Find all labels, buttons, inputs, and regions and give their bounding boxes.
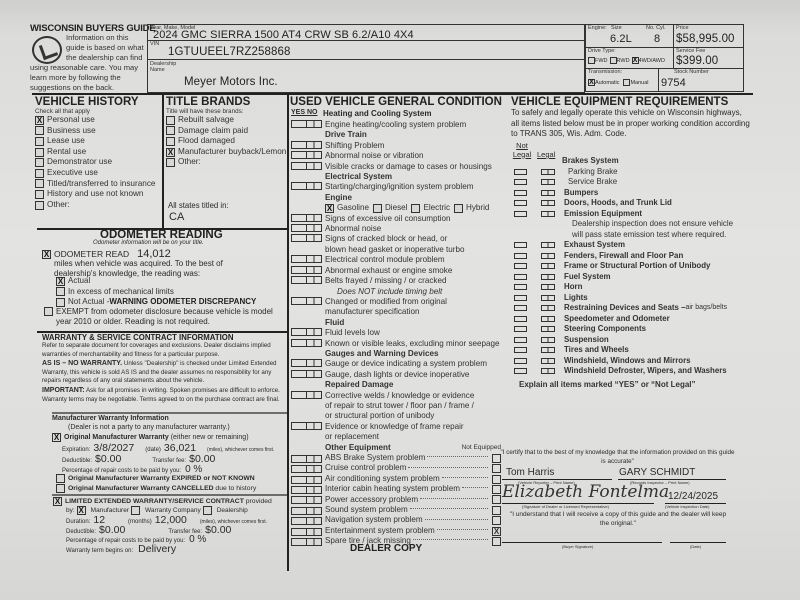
not-legal-box[interactable]: [514, 347, 527, 353]
dealer-label: Dealership Name: [150, 61, 175, 73]
fwd-label: FWD: [595, 58, 608, 64]
emission-note: will pass state emission test where requ…: [512, 230, 757, 241]
item-label: ABS Brake System problem: [325, 453, 425, 463]
condition-item[interactable]: Abnormal exhaust or engine smoke: [291, 266, 501, 276]
fuel-diesel[interactable]: Diesel: [373, 203, 408, 213]
equipment-item[interactable]: Doors, Hoods, and Trunk Lid: [512, 198, 757, 209]
warranty-company-label: Warranty Company: [145, 507, 201, 514]
equipment-item[interactable]: Parking Brake: [512, 167, 757, 178]
history-item-not-known[interactable]: History and use not known: [35, 189, 155, 200]
sales-name: Tom Harris: [506, 467, 554, 478]
condition-item[interactable]: Corrective welds / knowledge or evidence: [291, 391, 501, 401]
ext-transfer-value: $0.00: [205, 524, 231, 536]
dealer-field: Dealership Name Meyer Motors Inc.: [147, 59, 585, 93]
item-label: Other:: [178, 157, 201, 168]
yes-no-boxes[interactable]: [291, 224, 323, 231]
legal-box[interactable]: [541, 274, 555, 280]
condition-item[interactable]: Evidence or knowledge of frame repair: [291, 422, 501, 432]
legal-box[interactable]: [541, 242, 555, 248]
other-equipment-item[interactable]: Sound system problem: [291, 505, 501, 515]
yes-no-boxes[interactable]: [291, 528, 323, 535]
leader-dots: [425, 519, 488, 520]
legal-box[interactable]: [541, 337, 555, 343]
equipment-item[interactable]: Speedometer and Odometer: [512, 314, 757, 325]
manual-checkbox[interactable]: [623, 79, 630, 86]
equipment-item[interactable]: Fuel System: [512, 272, 757, 283]
item-label: Lights: [564, 293, 588, 304]
ext-warranty-label: LIMITED EXTENDED WARRANTY/SERVICE CONTRA…: [65, 498, 244, 505]
mfr-warranty-title: Manufacturer Warranty Information: [52, 415, 169, 422]
engine-size-value: 6.2L: [610, 33, 632, 45]
wisconsin-seal-icon: [32, 36, 62, 64]
item-label: Personal use: [47, 115, 95, 126]
item-label: Tires and Wheels: [564, 345, 629, 356]
yes-no-boxes[interactable]: [291, 297, 323, 304]
item-label: Visible cracks or damage to cases or hou…: [325, 162, 492, 172]
condition-item[interactable]: Abnormal noise or vibration: [291, 151, 501, 161]
equipment-item[interactable]: Suspension: [512, 335, 757, 346]
legal-box[interactable]: [541, 211, 555, 217]
price-value: $58,995.00: [676, 33, 735, 45]
orig-warranty-label: Original Manufacturer Warranty: [64, 434, 169, 441]
checkbox[interactable]: [166, 158, 175, 167]
checkbox[interactable]: [166, 116, 175, 125]
condition-item[interactable]: Gauge, dash lights or device inoperative: [291, 370, 501, 380]
service-fee-field: Service Fee $399.00: [673, 47, 744, 69]
fuel-hybrid[interactable]: Hybrid: [454, 203, 489, 213]
yes-no-boxes[interactable]: [291, 507, 323, 514]
checkbox[interactable]: [166, 137, 175, 146]
yes-no-boxes[interactable]: [291, 486, 323, 493]
divider: [52, 494, 288, 496]
item-label: Evidence or knowledge of frame repair: [325, 422, 464, 432]
not-legal-box[interactable]: [514, 242, 527, 248]
legal-box[interactable]: [541, 263, 555, 269]
condition-category: Drive Train: [291, 130, 501, 140]
not-equipped-checkbox[interactable]: [492, 475, 501, 484]
yes-no-boxes[interactable]: [291, 151, 323, 158]
legal-box[interactable]: [541, 326, 555, 332]
manufacturer-label: Manufacturer: [91, 507, 129, 514]
legal-box[interactable]: [541, 305, 555, 311]
fuel-gasoline[interactable]: XGasoline: [325, 203, 369, 213]
not-legal-box[interactable]: [514, 337, 527, 343]
states-titled-label: All states titled in:: [168, 201, 229, 210]
other-equipment-item[interactable]: Navigation system problem: [291, 515, 501, 525]
other-equipment-title: Other Equipment: [291, 443, 391, 453]
equipment-item[interactable]: Frame or Structural Portion of Unibody: [512, 261, 757, 272]
ext-warranty-checkbox[interactable]: X: [53, 497, 62, 506]
fuel-type-row: XGasoline Diesel Electric Hybrid: [291, 203, 501, 213]
not-equipped-checkbox[interactable]: [492, 506, 501, 515]
not-equipped-checkbox[interactable]: [492, 485, 501, 494]
legal-box[interactable]: [541, 284, 555, 290]
item-label: Changed or modified from original: [325, 297, 447, 307]
not-legal-box[interactable]: [514, 284, 527, 290]
item-label: Corrective welds / knowledge or evidence: [325, 391, 474, 401]
checkbox[interactable]: X: [56, 277, 65, 286]
item-label: Abnormal noise: [325, 224, 381, 234]
cancelled-row[interactable]: Original Manufacturer Warranty CANCELLED…: [56, 484, 256, 493]
other-equipment-item[interactable]: Power accessory problem: [291, 495, 501, 505]
item-label: Damage claim paid: [178, 126, 248, 137]
other-equipment-item[interactable]: Entertainment system problemX: [291, 526, 501, 536]
checkbox[interactable]: [35, 179, 44, 188]
condition-item[interactable]: Starting/charging/ignition system proble…: [291, 182, 501, 192]
title-brands-subtitle: Title will have these brands:: [166, 108, 243, 115]
checkbox[interactable]: [35, 169, 44, 178]
divider: [52, 412, 288, 414]
yes-no-boxes[interactable]: [291, 455, 323, 462]
not-equipped-checkbox[interactable]: X: [492, 527, 501, 536]
not-legal-box[interactable]: [514, 263, 527, 269]
fuel-electric[interactable]: Electric: [411, 203, 450, 213]
cancelled-checkbox[interactable]: [56, 484, 65, 493]
emission-note: Dealership inspection does not ensure ve…: [512, 219, 757, 230]
item-label: Doors, Hoods, and Trunk Lid: [564, 198, 672, 209]
brand-item-damage-claim[interactable]: Damage claim paid: [166, 126, 286, 137]
transmission-label: Transmission:: [588, 69, 622, 75]
4wd-label: 4WD/AWD: [639, 58, 665, 64]
engine-field: Engine: Size No. Cyl. 6.2L 8: [585, 24, 674, 48]
yes-no-boxes[interactable]: [291, 328, 323, 335]
yes-no-boxes[interactable]: [291, 276, 323, 283]
cylinders-value: 8: [654, 33, 660, 45]
not-equipped-checkbox[interactable]: [492, 516, 501, 525]
item-label: Lease use: [47, 136, 85, 147]
hybrid-label: Hybrid: [466, 203, 489, 212]
diesel-checkbox[interactable]: [373, 204, 382, 213]
odometer-read-checkbox[interactable]: X: [42, 250, 51, 259]
item-label: Steering Components: [564, 324, 646, 335]
drive-option-4wd[interactable]: X4WD/AWD: [632, 57, 665, 64]
equipment-item[interactable]: Bumpers: [512, 188, 757, 199]
legal-box[interactable]: [541, 253, 555, 259]
4wd-checkbox[interactable]: X: [632, 57, 639, 64]
important-heading: IMPORTANT:: [42, 387, 85, 394]
item-label: Business use: [47, 126, 96, 137]
buyer-signature-caption: (Buyer Signature): [562, 544, 593, 549]
automatic-checkbox[interactable]: X: [588, 79, 595, 86]
diesel-label: Diesel: [385, 203, 408, 212]
no-label: NO: [307, 109, 318, 116]
states-titled-value: CA: [169, 211, 184, 223]
orig-warranty-checkbox[interactable]: X: [52, 433, 61, 442]
item-label: Speedometer and Odometer: [564, 314, 670, 325]
condition-item[interactable]: Changed or modified from original: [291, 297, 501, 307]
trans-option-automatic[interactable]: XAutomatic: [588, 79, 619, 86]
yes-no-boxes[interactable]: [291, 162, 323, 169]
yes-label: YES: [291, 109, 305, 116]
other-equipment-item[interactable]: Interior cabin heating system problem: [291, 484, 501, 494]
legal-box[interactable]: [541, 347, 555, 353]
cancelled-suffix: due to history: [215, 485, 256, 492]
ext-warranty-row[interactable]: XLIMITED EXTENDED WARRANTY/SERVICE CONTR…: [53, 497, 272, 506]
equipment-item[interactable]: Lights: [512, 293, 757, 304]
condition-item[interactable]: Visible cracks or damage to cases or hou…: [291, 162, 501, 172]
item-label: Signs of excessive oil consumption: [325, 214, 451, 224]
condition-item[interactable]: Belts frayed / missing / or cracked: [291, 276, 501, 286]
item-label: Belts frayed / missing / or cracked: [325, 276, 446, 286]
price-label: Price: [676, 25, 689, 31]
brand-item-buyback-lemon[interactable]: XManufacturer buyback/Lemon: [166, 147, 286, 158]
odometer-option-actual[interactable]: XActual: [56, 276, 256, 287]
item-label: Not Actual -: [68, 297, 109, 308]
checkbox[interactable]: [35, 190, 44, 199]
item-label: Abnormal exhaust or engine smoke: [325, 266, 452, 276]
item-label: Signs of cracked block or head, or: [325, 234, 447, 244]
item-label: Starting/charging/ignition system proble…: [325, 182, 473, 192]
signature-caption: (Signature of Dealer or Licensed Represe…: [522, 504, 609, 509]
item-label: Interior cabin heating system problem: [325, 484, 460, 494]
not-legal-box[interactable]: [514, 169, 527, 175]
begins-label: Warranty term begins on:: [66, 548, 133, 554]
checkbox[interactable]: [56, 287, 65, 296]
ext-pct-value: 0 %: [189, 534, 206, 545]
drive-option-fwd[interactable]: FWD: [588, 57, 608, 64]
condition-item-cont: of repair to strut tower / floor pan / f…: [291, 401, 501, 411]
item-label: Exhaust System: [564, 240, 625, 251]
transmission-options: XAutomatic Manual: [588, 79, 649, 86]
item-label: Parking Brake: [564, 167, 618, 178]
yes-no-boxes[interactable]: [291, 538, 323, 545]
brand-item-rebuilt-salvage[interactable]: Rebuilt salvage: [166, 115, 286, 126]
inspector-name: GARY SCHMIDT: [619, 467, 695, 478]
condition-item[interactable]: Electrical control module problem: [291, 255, 501, 265]
odometer-option-excess[interactable]: In excess of mechanical limits: [56, 287, 256, 298]
not-legal-box[interactable]: [514, 211, 527, 217]
stock-number-value: 9754: [661, 77, 686, 89]
yes-no-boxes[interactable]: [291, 339, 323, 346]
rwd-checkbox[interactable]: [610, 57, 617, 64]
item-label: Other:: [47, 200, 70, 211]
item-label: Bumpers: [564, 188, 598, 199]
yes-no-header: YES NO: [291, 109, 317, 116]
not-legal-box[interactable]: [514, 305, 527, 311]
cancelled-label: Original Manufacturer Warranty CANCELLED: [68, 485, 214, 492]
history-item-rental-use[interactable]: Rental use: [35, 147, 155, 158]
title-brands-title: TITLE BRANDS: [166, 96, 250, 108]
buyer-date-caption: (Date): [690, 544, 701, 549]
leader-dots: [408, 467, 488, 468]
yes-no-boxes[interactable]: [291, 422, 323, 429]
yes-no-boxes[interactable]: [291, 266, 323, 273]
odometer-option-not-actual[interactable]: Not Actual - WARNING ODOMETER DISCREPANC…: [56, 297, 256, 308]
item-label: Abnormal noise or vibration: [325, 151, 424, 161]
buyer-signature-line[interactable]: [502, 542, 662, 543]
legal-box[interactable]: [541, 316, 555, 322]
item-label: Horn: [564, 282, 582, 293]
condition-item[interactable]: Signs of excessive oil consumption: [291, 214, 501, 224]
buyer-date-line[interactable]: [670, 542, 726, 543]
item-label: Actual: [68, 276, 90, 287]
not-legal-box[interactable]: [514, 295, 527, 301]
yes-no-boxes[interactable]: [291, 496, 323, 503]
drive-type-options: FWD RWD X4WD/AWD: [588, 57, 665, 64]
yes-no-boxes[interactable]: [291, 391, 323, 398]
checkbox[interactable]: X: [166, 148, 175, 157]
gasoline-checkbox[interactable]: X: [325, 204, 334, 213]
checkbox[interactable]: [166, 126, 175, 135]
odometer-exempt-row[interactable]: EXEMPT from odometer disclosure because …: [44, 307, 284, 327]
not-legal-box[interactable]: [514, 326, 527, 332]
item-label: Electrical control module problem: [325, 255, 445, 265]
condition-item[interactable]: Gauge or device indicating a system prob…: [291, 359, 501, 369]
condition-item[interactable]: Engine heating/cooling system problem: [291, 120, 501, 130]
exempt-label: EXEMPT from odometer disclosure because …: [56, 307, 284, 327]
yes-no-boxes[interactable]: [291, 120, 323, 127]
exempt-checkbox[interactable]: [44, 307, 53, 316]
history-item-lease-use[interactable]: Lease use: [35, 136, 155, 147]
trans-option-manual[interactable]: Manual: [623, 79, 648, 86]
equipment-item[interactable]: Fenders, Firewall and Floor Pan: [512, 251, 757, 262]
condition-item[interactable]: Signs of cracked block or head, or: [291, 234, 501, 244]
item-label: Windshield Defroster, Wipers, and Washer…: [564, 366, 727, 377]
legal-box[interactable]: [541, 200, 555, 206]
checkbox[interactable]: [35, 158, 44, 167]
legal-box[interactable]: [541, 358, 555, 364]
checkbox[interactable]: [56, 298, 65, 307]
condition-category: Electrical System: [291, 172, 501, 182]
legal-box[interactable]: [541, 368, 555, 374]
equipment-title: VEHICLE EQUIPMENT REQUIREMENTS: [511, 96, 728, 108]
brand-item-other[interactable]: Other:: [166, 157, 286, 168]
equipment-item[interactable]: Exhaust System: [512, 240, 757, 251]
checkbox[interactable]: [35, 201, 44, 210]
item-label: Suspension: [564, 335, 609, 346]
equipment-item[interactable]: Windshield, Windows and Mirrors: [512, 356, 757, 367]
other-equipment-item[interactable]: ABS Brake System problem: [291, 453, 501, 463]
yes-no-boxes[interactable]: [291, 370, 323, 377]
equipment-item[interactable]: Restraining Devices and Seats – air bags…: [512, 303, 757, 314]
yes-no-boxes[interactable]: [291, 141, 323, 148]
legal-box[interactable]: [541, 295, 555, 301]
checkbox[interactable]: X: [35, 116, 44, 125]
dealer-value: Meyer Motors Inc.: [184, 76, 278, 88]
condition-note: Does NOT include timing belt: [291, 287, 501, 297]
expired-checkbox[interactable]: [56, 474, 65, 483]
checkbox[interactable]: [35, 137, 44, 146]
stock-number-field: Stock Number 9754: [658, 68, 744, 92]
condition-title: USED VEHICLE GENERAL CONDITION: [290, 96, 502, 108]
checkbox[interactable]: [35, 126, 44, 135]
cat-heating-cooling: Heating and Cooling System: [323, 109, 431, 118]
leader-dots: [427, 456, 488, 457]
other-equipment-item[interactable]: Cruise control problem: [291, 463, 501, 473]
cyl-label: No. Cyl.: [646, 25, 666, 31]
legal-box[interactable]: [541, 179, 555, 185]
not-legal-box[interactable]: [514, 316, 527, 322]
not-legal-box[interactable]: [514, 274, 527, 280]
item-label: Entertainment system problem: [325, 526, 435, 536]
odometer-read-label: ODOMETER READ: [54, 249, 129, 259]
history-item-business-use[interactable]: Business use: [35, 126, 155, 137]
size-label: Size: [611, 25, 622, 31]
not-legal-box[interactable]: [514, 200, 527, 206]
drive-option-rwd[interactable]: RWD: [610, 57, 630, 64]
equipment-list: Brakes System Parking Brake Service Brak…: [512, 156, 757, 377]
expired-row[interactable]: Original Manufacturer Warranty EXPIRED o…: [56, 474, 255, 483]
electric-label: Electric: [423, 203, 450, 212]
not-legal-box[interactable]: [514, 253, 527, 259]
yes-no-boxes[interactable]: [291, 359, 323, 366]
vehicle-history-subtitle: Check all that apply: [35, 108, 90, 115]
vehicle-history-title: VEHICLE HISTORY: [35, 96, 139, 108]
brand-item-flood[interactable]: Flood damaged: [166, 136, 286, 147]
ext-warranty-suffix: provided: [246, 498, 272, 505]
hybrid-checkbox[interactable]: [454, 204, 463, 213]
equipment-item[interactable]: Windshield Defroster, Wipers, and Washer…: [512, 366, 757, 377]
warranty-para-3: IMPORTANT: Ask for all promises in writi…: [42, 387, 287, 404]
item-label: Executive use: [47, 168, 98, 179]
checkbox[interactable]: [35, 148, 44, 157]
condition-item[interactable]: Fluid levels low: [291, 328, 501, 338]
history-item-insurance[interactable]: Titled/transferred to insurance: [35, 179, 155, 190]
history-item-other[interactable]: Other:: [35, 200, 155, 211]
condition-category: Gauges and Warning Devices: [291, 349, 501, 359]
history-item-executive-use[interactable]: Executive use: [35, 168, 155, 179]
legal-box[interactable]: [541, 190, 555, 196]
not-equipped-checkbox[interactable]: [492, 495, 501, 504]
item-label: Frame or Structural Portion of Unibody: [564, 261, 710, 272]
equipment-item[interactable]: Emission Equipment: [512, 209, 757, 220]
other-equipment-item[interactable]: Air conditioning system problem: [291, 474, 501, 484]
yes-no-boxes[interactable]: [291, 182, 323, 189]
history-item-demonstrator-use[interactable]: Demonstrator use: [35, 157, 155, 168]
divider: [32, 93, 753, 95]
dealer-signature: Elizabeth Fontelma: [502, 482, 669, 502]
yes-no-boxes[interactable]: [291, 214, 323, 221]
condition-item[interactable]: Shifting Problem: [291, 141, 501, 151]
item-label: Gauge, dash lights or device inoperative: [325, 370, 469, 380]
not-legal-box[interactable]: [514, 358, 527, 364]
price-field: Price $58,995.00: [673, 24, 744, 48]
item-label: Emission Equipment: [564, 209, 642, 220]
stock-number-label: Stock Number: [674, 69, 709, 75]
fwd-checkbox[interactable]: [588, 57, 595, 64]
yes-no-boxes[interactable]: [291, 465, 323, 472]
equipment-item[interactable]: Service Brake: [512, 177, 757, 188]
condition-item[interactable]: Known or visible leaks, excluding minor …: [291, 339, 501, 349]
yes-no-boxes[interactable]: [291, 476, 323, 483]
equipment-intro: To safely and legally operate this vehic…: [511, 108, 751, 140]
electric-checkbox[interactable]: [411, 204, 420, 213]
manual-label: Manual: [630, 80, 648, 86]
yes-no-boxes[interactable]: [291, 255, 323, 262]
yes-no-boxes[interactable]: [291, 517, 323, 524]
equipment-item[interactable]: Steering Components: [512, 324, 757, 335]
guide-info-text-1: Information on this guide is based on wh…: [66, 33, 146, 63]
legal-box[interactable]: [541, 169, 555, 175]
not-legal-box[interactable]: [514, 190, 527, 196]
not-equipped-checkbox[interactable]: [492, 537, 501, 546]
equipment-item[interactable]: Horn: [512, 282, 757, 293]
item-label: Fuel System: [564, 272, 611, 283]
item-label: Brakes System: [562, 156, 619, 167]
drive-type-field: Drive Type: FWD RWD X4WD/AWD: [585, 47, 674, 69]
item-label: Cruise control problem: [325, 463, 406, 473]
not-legal-box[interactable]: [514, 368, 527, 374]
yes-no-boxes[interactable]: [291, 234, 323, 241]
history-item-personal-use[interactable]: XPersonal use: [35, 115, 155, 126]
inspection-date: 12/24/2025: [668, 491, 718, 502]
condition-item[interactable]: Abnormal noise: [291, 224, 501, 234]
not-legal-box[interactable]: [514, 179, 527, 185]
orig-warranty-row[interactable]: X Original Manufacturer Warranty (either…: [52, 433, 249, 442]
equipment-item[interactable]: Tires and Wheels: [512, 345, 757, 356]
item-label: Demonstrator use: [47, 157, 112, 168]
item-label: Manufacturer buyback/Lemon: [178, 147, 286, 158]
